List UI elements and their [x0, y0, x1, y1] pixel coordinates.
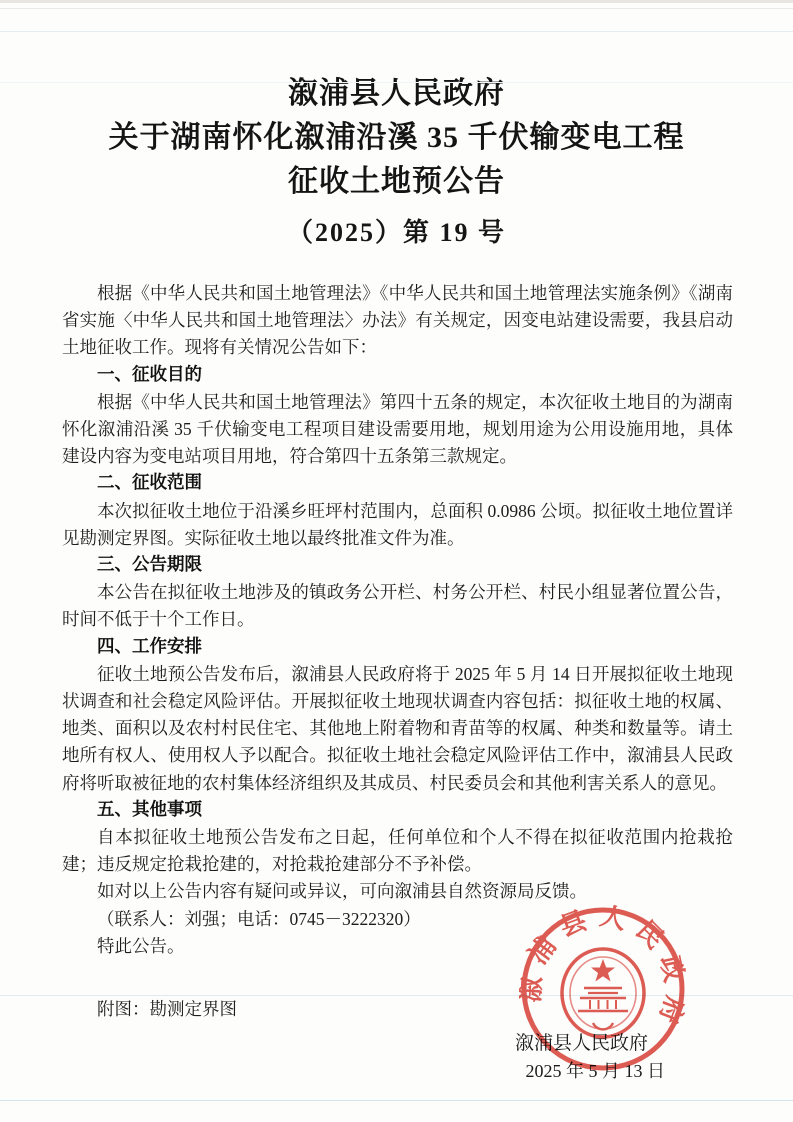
- section-3-heading: 三、公告期限: [62, 552, 733, 579]
- scan-top-edge: [0, 0, 793, 3]
- section-2-body: 本次拟征收土地位于沿溪乡旺坪村范围内，总面积 0.0986 公顷。拟征收土地位置…: [62, 498, 733, 552]
- contact-line: （联系人：刘强；电话：0745－3222320）: [62, 906, 733, 933]
- signature-block: 溆浦县人民政府 2025 年 5 月 13 日: [0, 1030, 793, 1085]
- hereby-announce-line: 特此公告。: [62, 933, 733, 960]
- section-4-heading: 四、工作安排: [62, 634, 733, 661]
- section-5-heading: 五、其他事项: [62, 797, 733, 824]
- document-title-block: 溆浦县人民政府 关于湖南怀化溆浦沿溪 35 千伏输变电工程 征收土地预公告: [0, 0, 793, 204]
- document-number: （2025）第 19 号: [0, 216, 793, 250]
- section-2-heading: 二、征收范围: [62, 470, 733, 497]
- title-line-subject: 关于湖南怀化溆浦沿溪 35 千伏输变电工程: [0, 116, 793, 160]
- signature-date: 2025 年 5 月 13 日: [0, 1057, 793, 1085]
- intro-paragraph: 根据《中华人民共和国土地管理法》《中华人民共和国土地管理法实施条例》《湖南省实施…: [62, 280, 733, 362]
- document-body: 根据《中华人民共和国土地管理法》《中华人民共和国土地管理法实施条例》《湖南省实施…: [62, 280, 733, 1023]
- title-line-notice-type: 征收土地预公告: [0, 160, 793, 204]
- feedback-paragraph: 如对以上公告内容有疑问或异议，可向溆浦县自然资源局反馈。: [62, 878, 733, 905]
- section-1-body: 根据《中华人民共和国土地管理法》第四十五条的规定，本次征收土地目的为湖南怀化溆浦…: [62, 389, 733, 471]
- section-5-body: 自本拟征收土地预公告发布之日起，任何单位和个人不得在拟征收范围内抢栽抢建；违反规…: [62, 824, 733, 878]
- attachment-line: 附图：勘测定界图: [62, 996, 733, 1023]
- notice-document-page: 溆浦县人民政府 关于湖南怀化溆浦沿溪 35 千伏输变电工程 征收土地预公告 （2…: [0, 0, 793, 1122]
- title-line-issuer: 溆浦县人民政府: [0, 72, 793, 116]
- section-1-heading: 一、征收目的: [62, 362, 733, 389]
- section-3-body: 本公告在拟征收土地涉及的镇政务公开栏、村务公开栏、村民小组显著位置公告，时间不低…: [62, 579, 733, 633]
- scan-artifact-line: [0, 1100, 793, 1101]
- signature-issuer: 溆浦县人民政府: [0, 1030, 793, 1057]
- section-4-body: 征收土地预公告发布后，溆浦县人民政府将于 2025 年 5 月 14 日开展拟征…: [62, 661, 733, 797]
